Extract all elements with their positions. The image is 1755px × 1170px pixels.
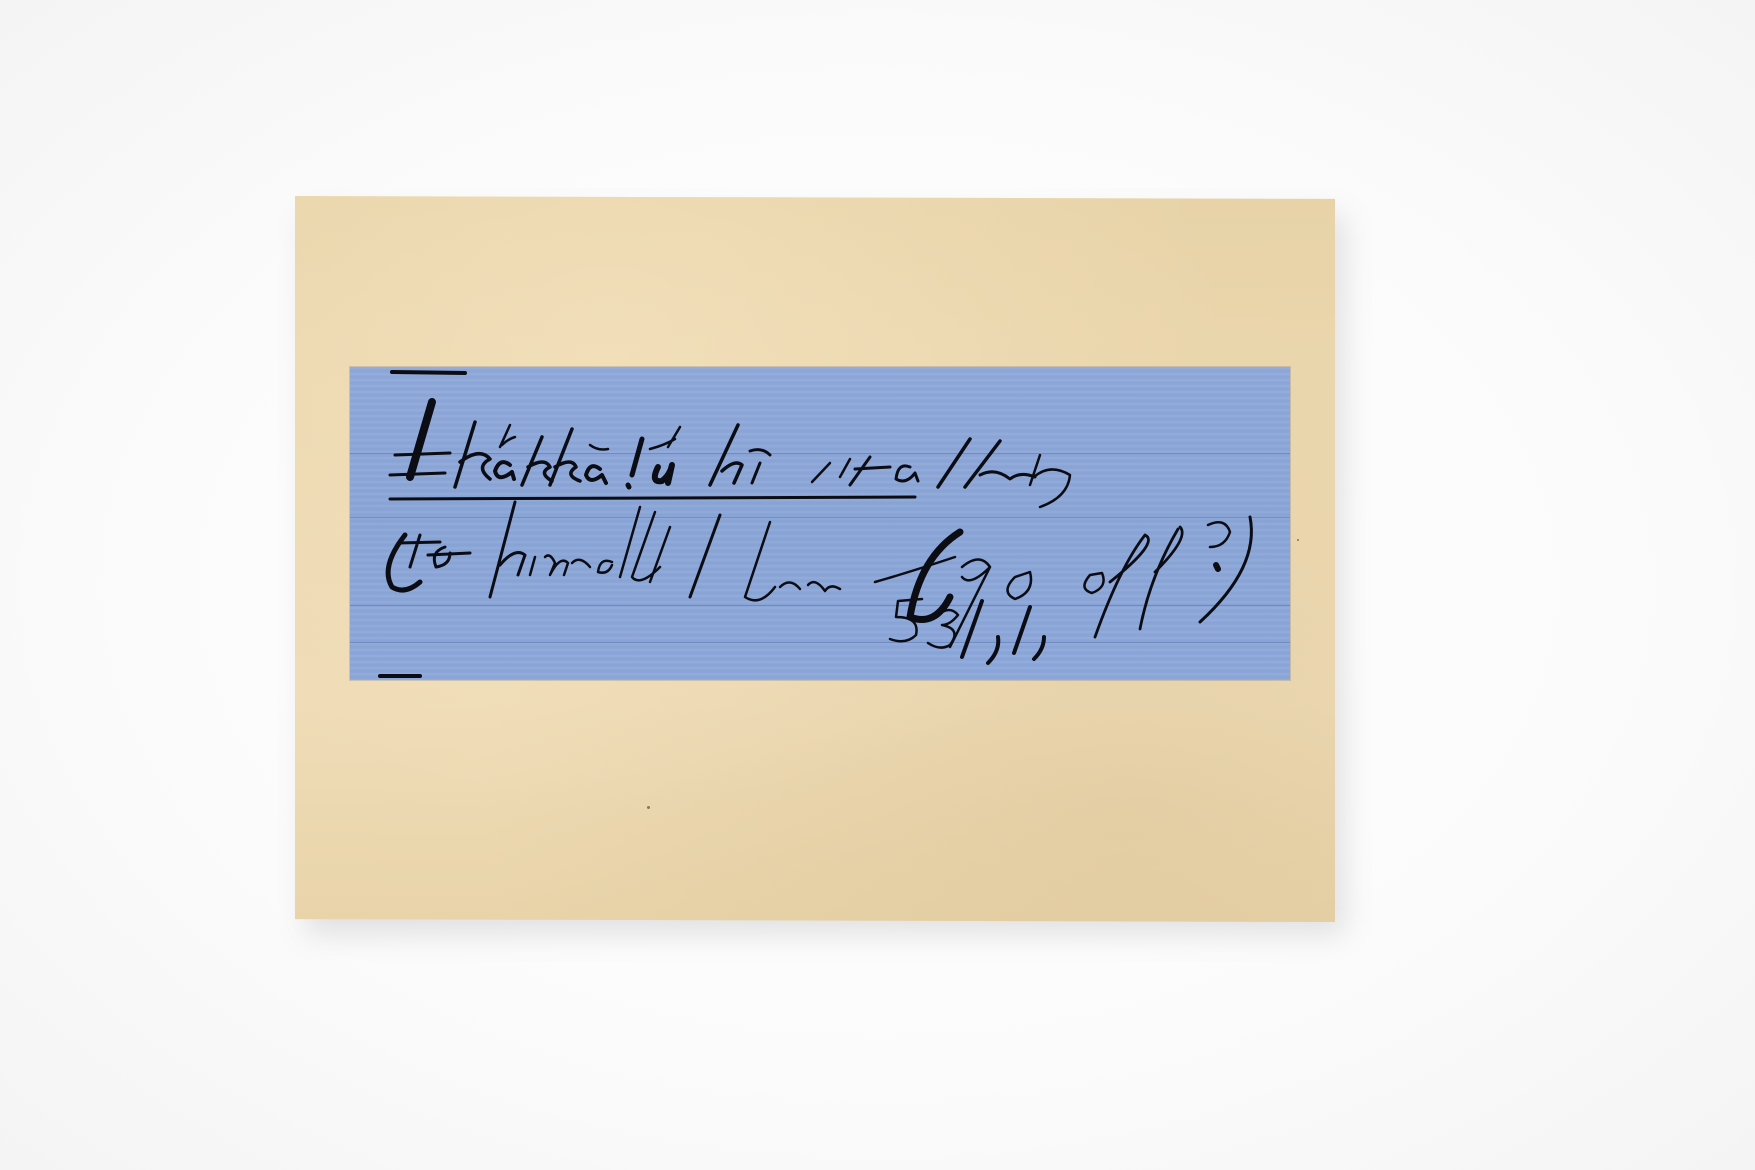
paper-speck [1297,539,1299,541]
blue-paper-slip: ŧkăkkă !ŭõ hĭ ˝taltsdy (ŧo himself / bar… [350,367,1290,680]
handwriting-ink [350,367,1290,680]
paper-speck [647,806,650,809]
